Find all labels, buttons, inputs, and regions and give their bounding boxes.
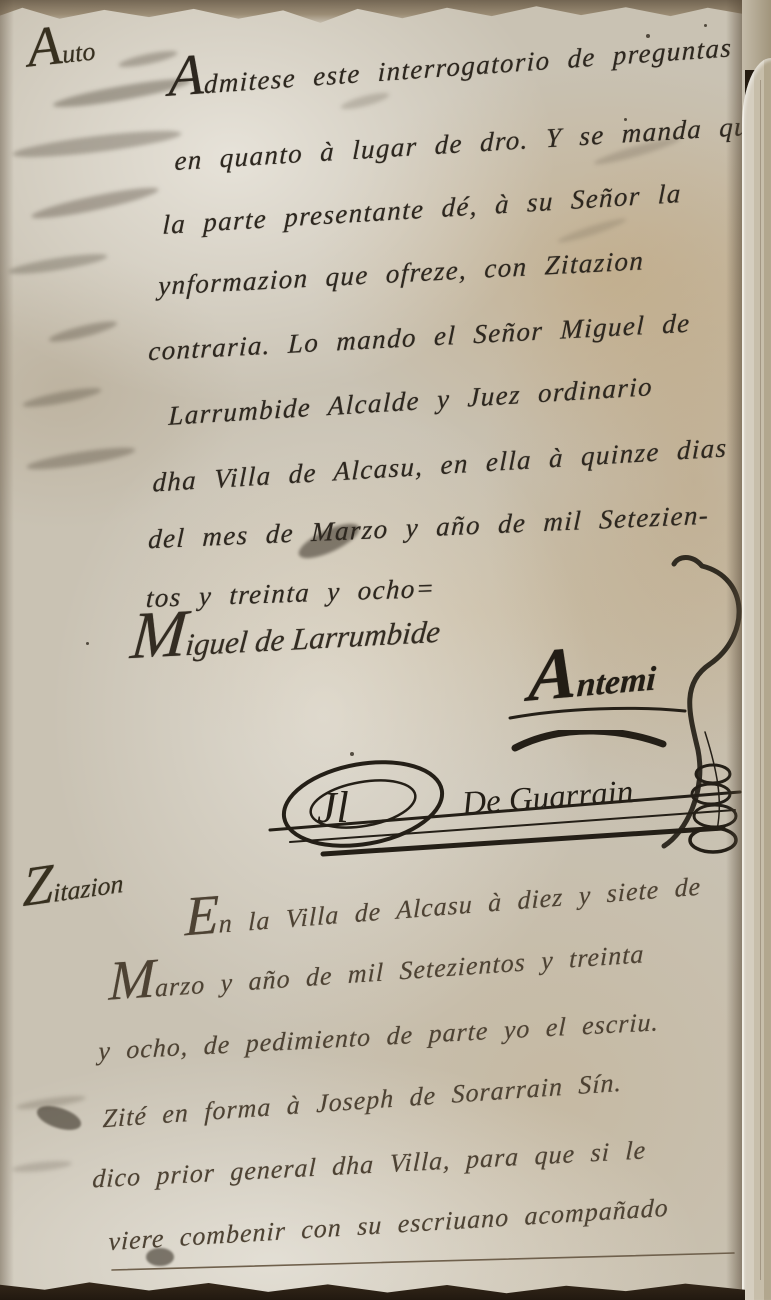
manuscript-scan: Auto Admitese este interrogatorio de pre… — [0, 0, 771, 1300]
next-page-crease — [760, 80, 761, 1280]
next-page-edge — [742, 58, 771, 1300]
